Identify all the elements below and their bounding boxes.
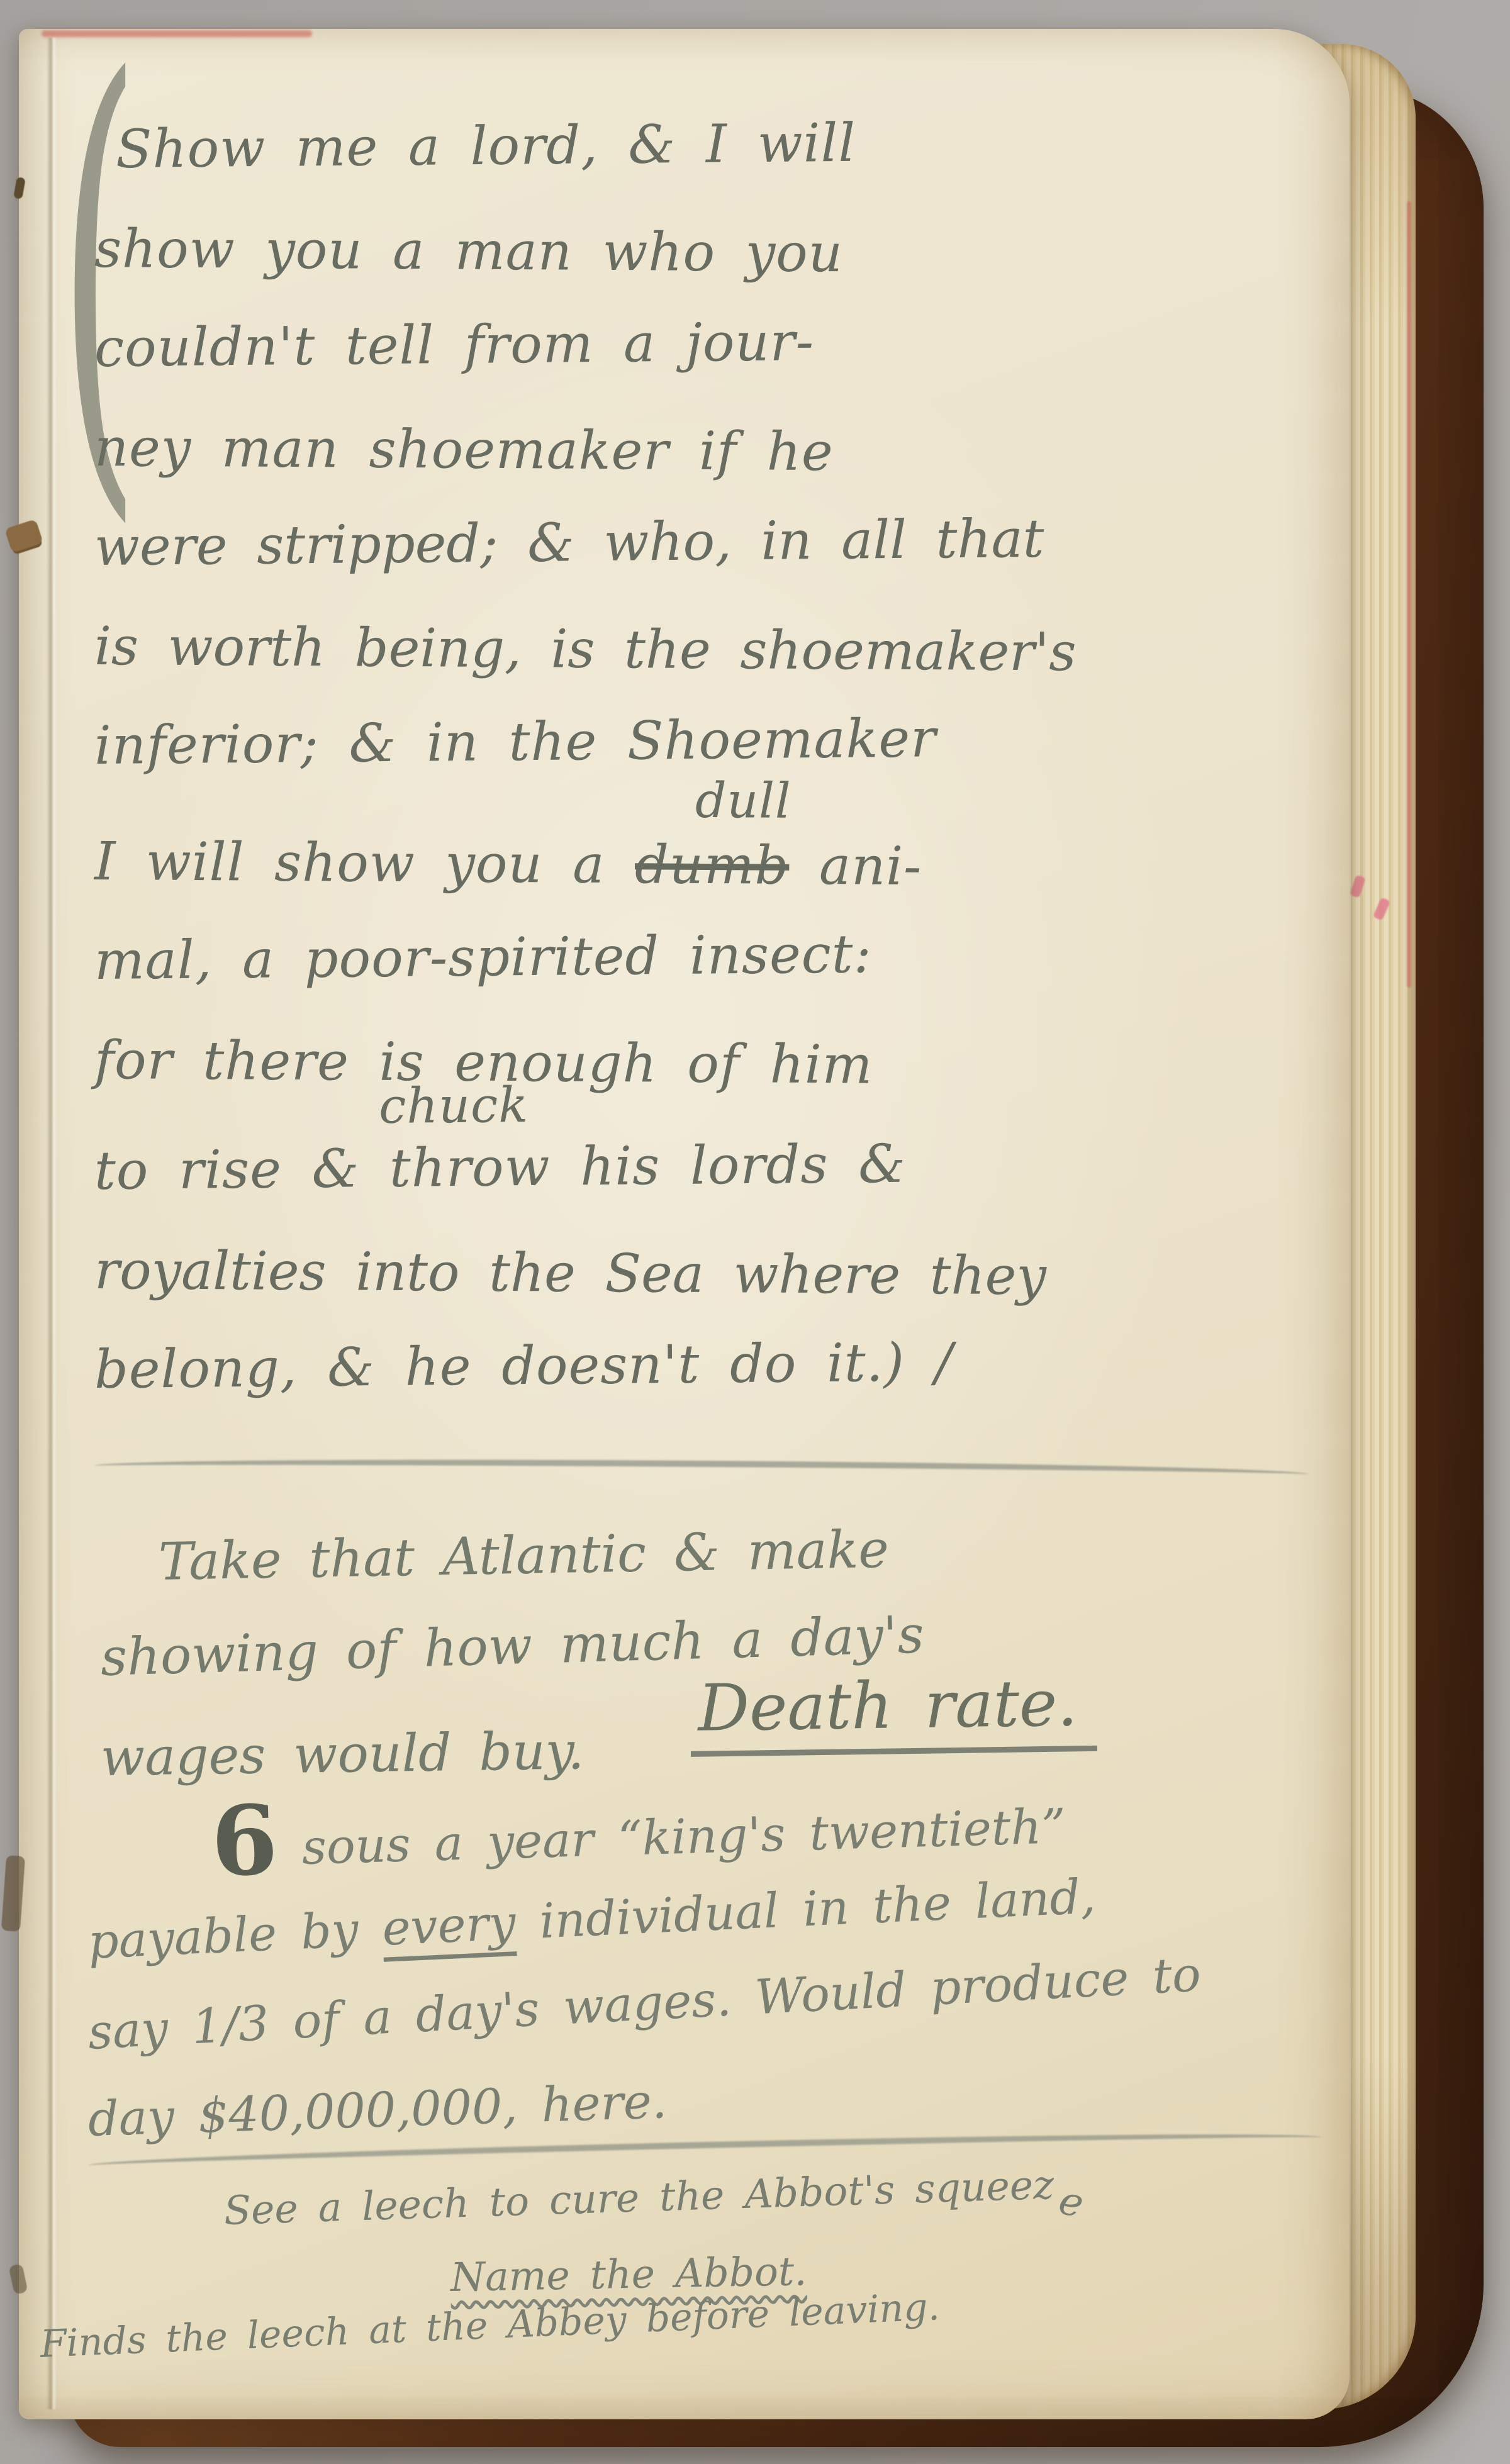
text-segment: show you a man who you — [94, 218, 844, 284]
text-segment: Finds the leech at the Abbey before leav… — [40, 2285, 941, 2366]
text-segment: I will show you a — [94, 830, 635, 895]
handwritten-line: Show me a lord, & I will — [115, 89, 1353, 199]
handwritten-line: couldn't tell from a jour- — [94, 287, 1353, 398]
handwritten-line: to rise & chuckthrow his lords & — [94, 1110, 1353, 1220]
handwritten-line: mal, a poor-spirited insect: — [94, 900, 1353, 1010]
text-segment: day $40,000,000, here. — [87, 2073, 668, 2147]
handwritten-line: belong, & he doesn't do it.) / — [94, 1309, 1353, 1419]
text-segment: couldn't tell from a jour- — [94, 311, 815, 379]
text-segment: See a leech to cure the Abbot's squeez — [223, 2162, 1054, 2234]
lord-quote: Show me a lord, & I willshow you a man w… — [94, 99, 1353, 1419]
text-segment: payable by — [87, 1900, 384, 1970]
handwritten-line: were stripped; & who, in all that — [94, 486, 1353, 596]
text-segment: mal, a poor-spirited insect: — [94, 923, 873, 991]
text-segment: Take that Atlantic & make — [158, 1520, 889, 1592]
text-segment: royalties into the Sea where they — [94, 1239, 1046, 1307]
large-numeral: 6 — [210, 1783, 279, 1898]
text-segment: ani- — [789, 835, 922, 897]
atlantic-note: Take that Atlantic & makeshowing of how … — [101, 1515, 1346, 1806]
leech-note: See a leech to cure the Abbot's squeezeN… — [40, 2178, 1500, 2378]
text-segment: wages would buy. — [100, 1721, 584, 1788]
pencil-divider-1 — [94, 1456, 1309, 1483]
text-segment: is worth being, is the shoemaker's — [94, 615, 1077, 683]
text-segment: throw his lords & — [389, 1133, 907, 1199]
inserted-word: dull — [695, 751, 791, 851]
text-segment: to rise & — [94, 1137, 390, 1201]
underlined-word: every — [381, 1894, 517, 1962]
text-segment: Show me a lord, & I will — [116, 112, 856, 180]
handwritten-line: for there is enough of him — [94, 1010, 1353, 1117]
text-segment: ney man shoemaker if he — [94, 416, 834, 482]
death-rate-heading: Death rate. — [690, 1666, 1097, 1757]
text-segment: were stripped; & who, in all that — [94, 508, 1044, 577]
text-segment: individual in the land, — [514, 1868, 1096, 1950]
manuscript: ( Show me a lord, & I willshow you a man… — [0, 0, 1510, 2464]
text-segment: inferior; & in the Shoemaker — [94, 707, 937, 776]
text-segment: belong, & he doesn't do it.) / — [94, 1331, 954, 1400]
dropped-letter: e — [1052, 2167, 1091, 2238]
tax-note: 6 sous a year “king's twentieth”payable … — [88, 1807, 1409, 2163]
